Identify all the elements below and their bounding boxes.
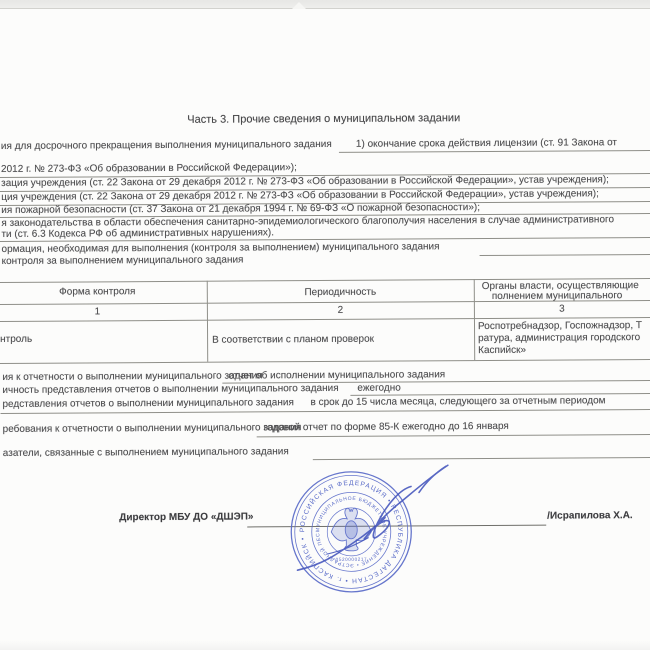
signer-role-label: Директор МБУ ДО «ДШЭП» xyxy=(119,512,253,523)
table-header-form: Форма контроля xyxy=(0,287,207,298)
table-cell-authorities-line1: Роспотребнадзор, Госпожнадзор, Т xyxy=(478,321,642,332)
table-col-number-3: 3 xyxy=(474,304,650,315)
stamp-inner-ring-text: МУНИЦИПАЛЬНОЕ БЮДЖЕТНОЕ УЧРЕЖДЕНИЕ • ЭСТ… xyxy=(269,451,388,568)
reporting-row-value: годовой отчет по форме 85-К ежегодно до … xyxy=(264,422,509,433)
intro-line-8: ормация, необходимая для выполнения (кон… xyxy=(2,242,440,255)
table-cell-periodicity: В соответствии с планом проверок xyxy=(212,335,374,346)
table-border-bottom xyxy=(0,359,650,364)
table-cell-authorities-line2: ратура, администрация городского xyxy=(478,333,640,344)
rule-line xyxy=(1,409,650,414)
termination-conditions-value: 1) окончание срока действия лицензии (ст… xyxy=(356,138,617,150)
official-stamp: РОССИЙСКАЯ ФЕДЕРАЦИЯ • РЕСПУБЛИКА ДАГЕСТ… xyxy=(269,451,460,602)
rule-line xyxy=(257,434,650,437)
reporting-row-label: ребования к отчетности о выполнении муни… xyxy=(3,423,302,435)
table-cell-form: нтроль xyxy=(0,335,32,345)
table-col-number-1: 1 xyxy=(0,307,207,318)
reporting-row-label: ия к отчетности о выполнении муниципальн… xyxy=(2,371,262,383)
intro-line-7: ти (ст. 6.3 Кодекса РФ об административн… xyxy=(1,228,274,240)
table-col-number-2: 2 xyxy=(207,305,474,317)
reporting-row-value: в срок до 15 числа месяца, следующего за… xyxy=(310,396,605,408)
rule-line xyxy=(480,254,650,256)
reporting-row-value: ежегодно xyxy=(357,384,400,394)
scan-top-edge xyxy=(0,0,650,9)
scanned-document: Часть 3. Прочие сведения о муниципальном… xyxy=(0,0,650,650)
reporting-row-label: редставления отчетов о выполнении муници… xyxy=(2,398,293,410)
reporting-row-label: азатели, связанные с выполнением муницип… xyxy=(3,447,289,459)
intro-line-9: контроля за выполнением муниципального з… xyxy=(2,255,244,266)
stamp-digits: 0520000217 xyxy=(336,557,368,562)
termination-conditions-label: ия для досрочного прекращения выполнения… xyxy=(1,140,332,152)
document-title: Часть 3. Прочие сведения о муниципальном… xyxy=(0,112,649,126)
scan-edge-notch xyxy=(292,2,306,9)
table-header-authorities-line2: полнением муниципального xyxy=(492,291,623,302)
table-header-periodicity: Периодичность xyxy=(207,287,474,299)
table-column-divider xyxy=(474,279,475,360)
reporting-row-value: отчет об исполнении муниципального задан… xyxy=(228,370,445,381)
rule-line xyxy=(339,150,650,153)
signer-name: /Исрапилова Х.А. xyxy=(547,511,633,522)
intro-line-2: 2012 г. № 273-ФЗ «Об образовании в Росси… xyxy=(1,163,297,175)
scan-bottom-shade xyxy=(0,640,650,650)
intro-line-6: я законодательства в области обеспечения… xyxy=(1,215,614,229)
table-cell-authorities-line3: Каспийск» xyxy=(478,346,526,356)
reporting-row-label: ичность представления отчетов о выполнен… xyxy=(2,384,338,396)
